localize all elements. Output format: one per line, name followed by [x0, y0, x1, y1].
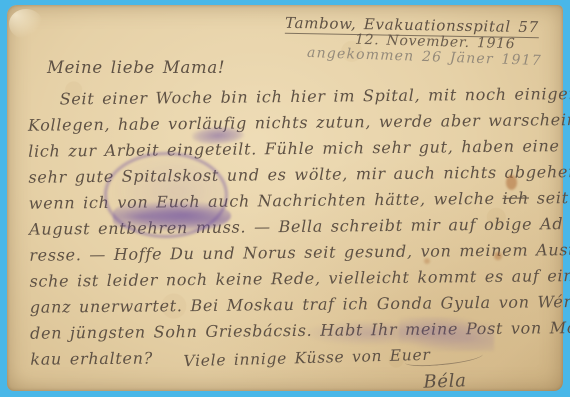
signature: Béla	[405, 370, 486, 394]
postcard-paper: Tambow, Evakuationsspital 57 12. Novembe…	[7, 5, 563, 391]
message-body: Seit einer Woche bin ich hier im Spital,…	[28, 81, 561, 373]
body-line-segment: seit 2.	[529, 188, 570, 208]
postcard-photo: Tambow, Evakuationsspital 57 12. Novembe…	[0, 0, 570, 397]
salutation: Meine liebe Mama!	[47, 58, 225, 77]
worn-corner-top-left	[9, 9, 43, 39]
struck-word: ich	[502, 189, 529, 208]
body-line: den jüngsten Sohn Griesbácsis. Habt Ihr …	[30, 315, 560, 347]
body-line-segment: wenn ich von Euch auch Nachrichten hätte…	[29, 189, 503, 213]
